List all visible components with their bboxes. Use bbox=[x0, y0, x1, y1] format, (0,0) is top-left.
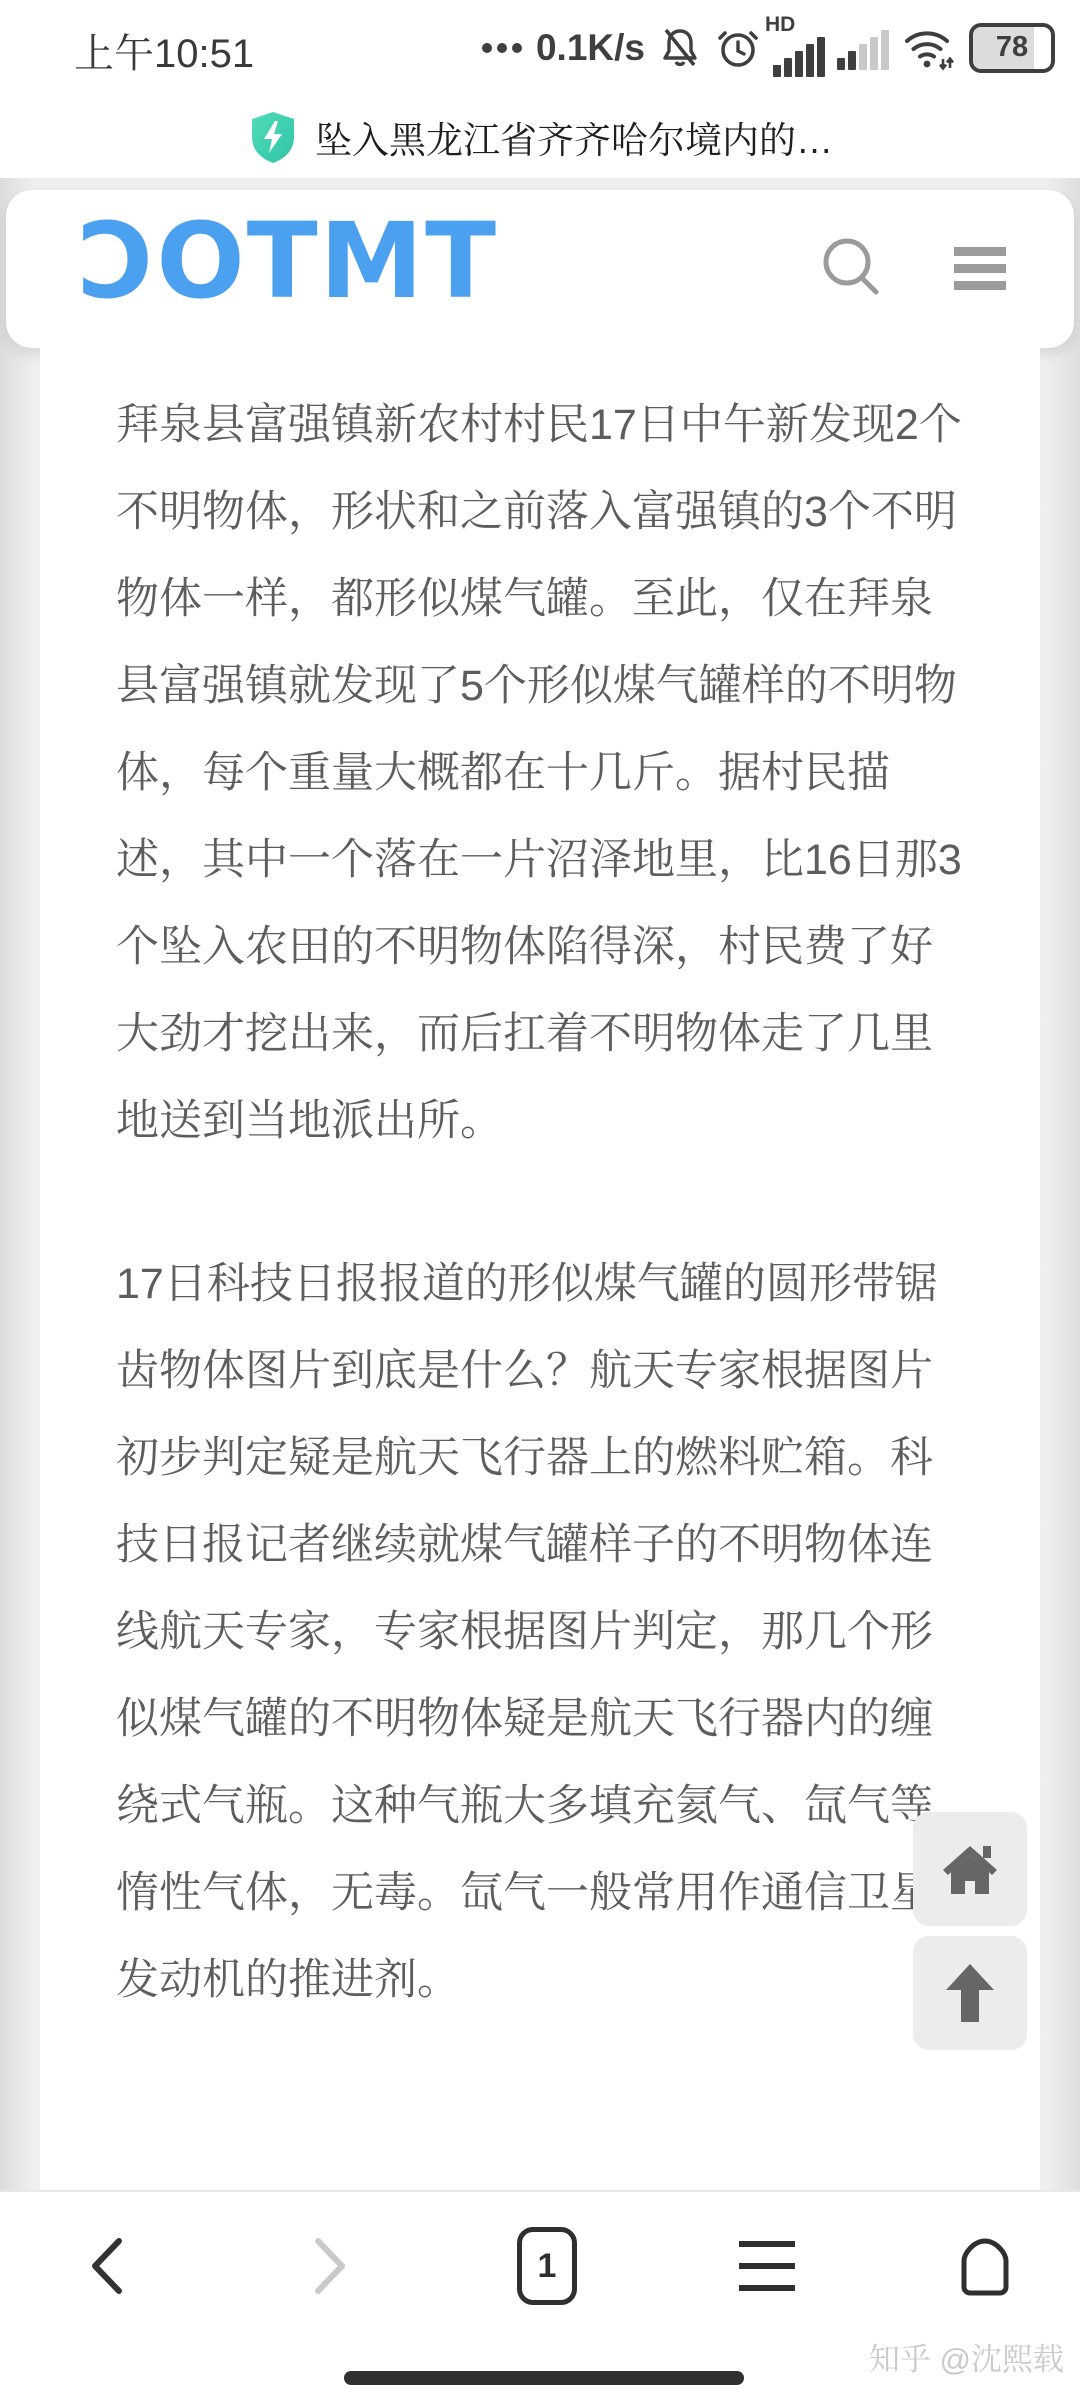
nav-home-button[interactable] bbox=[935, 2216, 1035, 2316]
notification-muted-icon bbox=[657, 25, 703, 71]
floating-home-button[interactable] bbox=[913, 1812, 1027, 1926]
nav-home-icon bbox=[956, 2235, 1014, 2297]
tabs-button[interactable]: 1 bbox=[497, 2216, 597, 2316]
wifi-icon bbox=[901, 25, 957, 71]
article-content: 拜泉县富强镇新农村村民17日中午新发现2个不明物体，形状和之前落入富强镇的3个不… bbox=[40, 348, 1040, 2190]
back-button[interactable] bbox=[57, 2216, 157, 2316]
signal-secondary-icon bbox=[837, 26, 889, 70]
battery-level: 78 bbox=[996, 31, 1028, 64]
search-icon bbox=[816, 232, 888, 304]
scroll-to-top-button[interactable] bbox=[913, 1936, 1027, 2050]
alarm-icon bbox=[715, 25, 761, 71]
network-speed: 0.1K/s bbox=[536, 27, 645, 69]
gesture-handle[interactable] bbox=[344, 2371, 744, 2385]
article-paragraph: 17日科技日报报道的形似煤气罐的圆形带锯齿物体图片到底是什么？航天专家根据图片初… bbox=[116, 1241, 966, 2024]
clock-time: 上午10:51 bbox=[74, 22, 254, 79]
menu-button[interactable] bbox=[717, 2216, 817, 2316]
menu-icon bbox=[739, 2241, 795, 2291]
site-header: ƆOTMT bbox=[6, 190, 1074, 348]
back-icon bbox=[87, 2236, 127, 2296]
hamburger-menu-icon bbox=[954, 247, 1006, 256]
battery-icon: 78 bbox=[969, 23, 1054, 73]
tab-count: 1 bbox=[538, 2247, 557, 2286]
forward-icon bbox=[310, 2236, 350, 2296]
status-icons: 0.1K/s HD bbox=[482, 0, 1054, 95]
phone-screen: 上午10:51 0.1K/s HD bbox=[0, 0, 1080, 2400]
status-bar: 上午10:51 0.1K/s HD bbox=[0, 0, 1080, 95]
search-button[interactable] bbox=[804, 220, 900, 316]
arrow-up-icon bbox=[942, 1962, 998, 2024]
forward-button[interactable] bbox=[280, 2216, 380, 2316]
watermark: 知乎 @沈熙载 bbox=[869, 2334, 1064, 2379]
site-logo[interactable]: ƆOTMT bbox=[78, 200, 498, 322]
address-bar[interactable]: 坠入黑龙江省齐齐哈尔境内的… bbox=[0, 95, 1080, 178]
page-title: 坠入黑龙江省齐齐哈尔境内的… bbox=[315, 110, 833, 164]
signal-hd-icon: HD bbox=[773, 19, 825, 77]
traffic-dots-icon bbox=[482, 43, 522, 53]
tabs-icon: 1 bbox=[517, 2227, 577, 2305]
article-paragraph: 拜泉县富强镇新农村村民17日中午新发现2个不明物体，形状和之前落入富强镇的3个不… bbox=[116, 382, 966, 1165]
security-shield-icon bbox=[247, 109, 299, 165]
home-icon bbox=[939, 1840, 1001, 1898]
hamburger-menu-button[interactable] bbox=[932, 220, 1028, 316]
